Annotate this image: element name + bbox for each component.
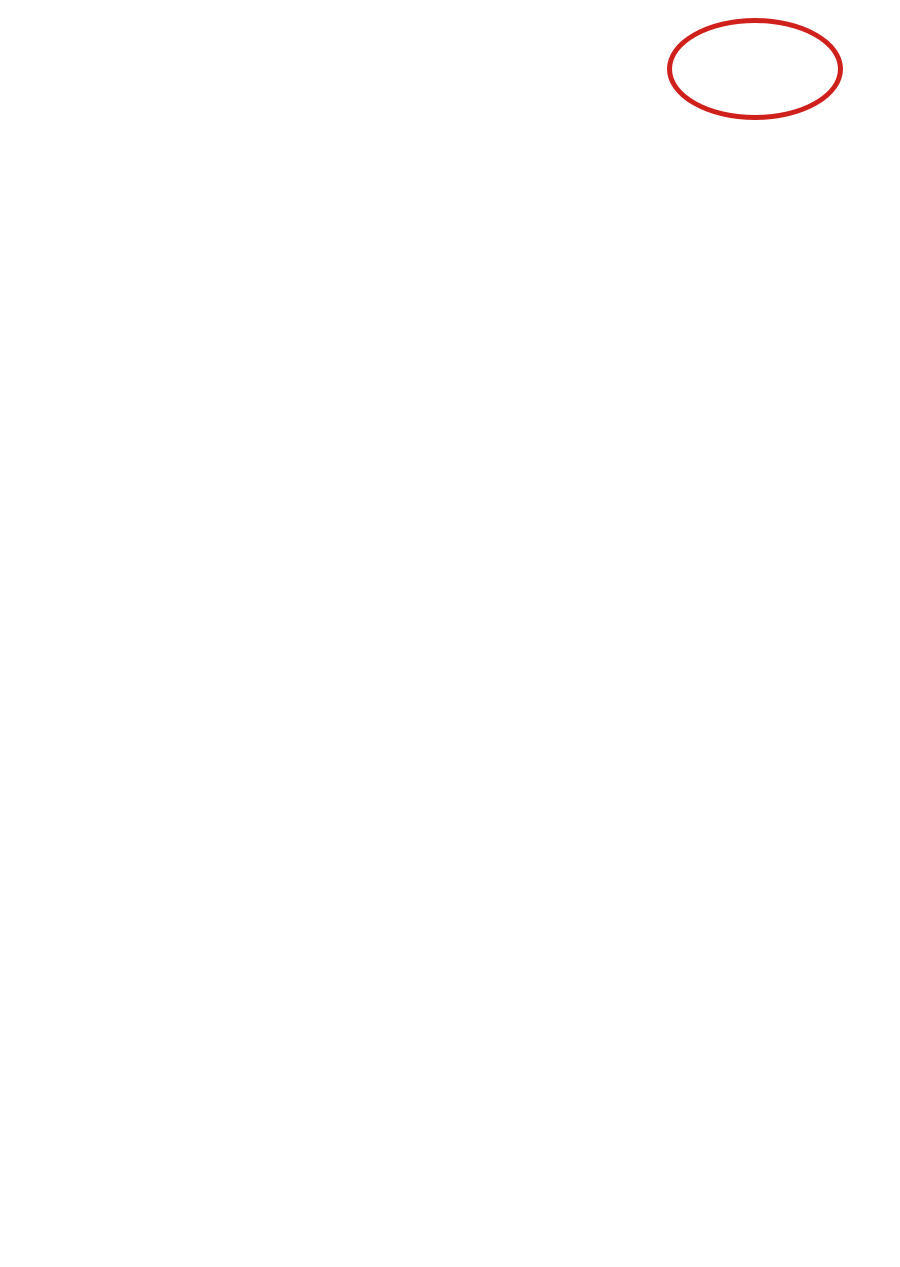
document-body	[56, 133, 856, 160]
tianji-heading	[56, 133, 856, 160]
company-stamp	[667, 18, 843, 120]
stamp-arc-text	[672, 23, 848, 125]
